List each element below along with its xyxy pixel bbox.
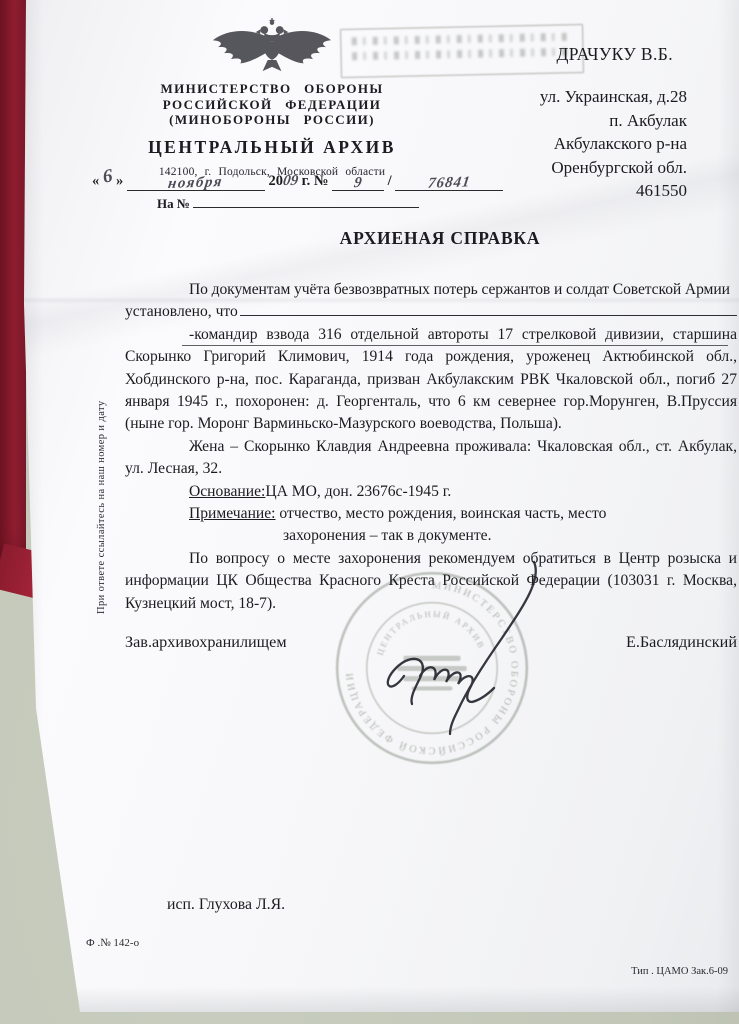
org-name-line: (МИНОБОРОНЫ РОССИИ) (117, 112, 427, 128)
addressee-address-line: ул. Украинская, д.28 (382, 85, 687, 109)
org-name-line: МИНИСТЕРСТВО ОБОРОНЫ (117, 81, 427, 97)
basis-text: ЦА МО, дон. 23676с-1945 г. (265, 483, 451, 500)
note-text-line2: захоронения – так в документе. (125, 525, 737, 547)
addressee-address-line: Оренбургской обл. (382, 156, 687, 180)
letterhead: МИНИСТЕРСТВО ОБОРОНЫ РОССИЙСКОЙ ФЕДЕРАЦИ… (117, 18, 427, 178)
addressee-address-line: Акбулакского р-на (382, 132, 687, 156)
archive-title: ЦЕНТРАЛЬНЫЙ АРХИВ (117, 137, 427, 158)
handwritten-year: 09 (282, 173, 299, 190)
month-blank: ноября (127, 173, 265, 191)
close-quote: » (116, 173, 123, 189)
intro-line-2: установлено, что (125, 301, 737, 323)
document-title: АРХИЕНАЯ СПРАВКА (125, 228, 739, 249)
note-label: Примечание: (189, 505, 276, 522)
side-note-rotated: При ответе ссылайтесь на наш номер и дат… (96, 338, 107, 614)
number-blank-1: 9 (332, 173, 384, 191)
blank-rule-fill (240, 315, 737, 316)
signature-scribble (352, 556, 572, 766)
scanned-document-page: МИНИСТЕРСТВО ОБОРОНЫ РОССИЙСКОЙ ФЕДЕРАЦИ… (0, 0, 739, 1024)
paper-sheet: МИНИСТЕРСТВО ОБОРОНЫ РОССИЙСКОЙ ФЕДЕРАЦИ… (22, 0, 739, 1012)
reference-blank (193, 207, 419, 208)
handwritten-month: ноября (167, 174, 224, 193)
org-name-line: РОССИЙСКОЙ ФЕДЕРАЦИИ (117, 97, 427, 113)
addressee-block: ДРАЧУКУ В.Б. ул. Украинская, д.28 п. Акб… (382, 44, 687, 203)
intro-line-2-text: установлено, что (125, 301, 238, 323)
open-quote: « (92, 173, 99, 189)
handwritten-day: 6 (101, 165, 113, 188)
note-text-line1: отчество, место рождения, воинская часть… (276, 505, 607, 522)
paragraph-note: Примечание: отчество, место рождения, во… (125, 503, 737, 525)
double-headed-eagle-icon (205, 18, 339, 78)
paragraph-wife: Жена – Скорынко Клавдия Андреевна прожив… (125, 436, 737, 481)
addressee-address-line: п. Акбулак (382, 109, 687, 133)
executor-line: исп. Глухова Л.Я. (167, 896, 285, 914)
handwritten-number-1: 9 (353, 175, 364, 192)
year-prefix: 20 (269, 173, 284, 189)
signer-position: Зав.архивохранилищем (125, 631, 287, 653)
basis-label: Основание: (189, 483, 265, 500)
addressee-postcode: 461550 (382, 179, 687, 203)
paragraph-main: -командир взвода 316 отдельной автороты … (125, 324, 737, 436)
intro-line-1: По документам учёта безвозвратных потерь… (125, 279, 737, 301)
red-folder-edge (0, 0, 26, 584)
addressee-name: ДРАЧУКУ В.Б. (382, 44, 687, 65)
signer-name: Е.Баслядинский (626, 631, 737, 653)
reference-number-line: На № (157, 196, 419, 212)
form-number: Ф .№ 142-о (86, 937, 139, 949)
number-sign-label: г. № (302, 173, 329, 189)
print-shop-code: Тип . ЦАМО Зак.6-09 (442, 966, 728, 977)
paragraph-basis: Основание:ЦА МО, дон. 23676с-1945 г. (125, 481, 737, 503)
reference-label: На № (157, 196, 190, 211)
